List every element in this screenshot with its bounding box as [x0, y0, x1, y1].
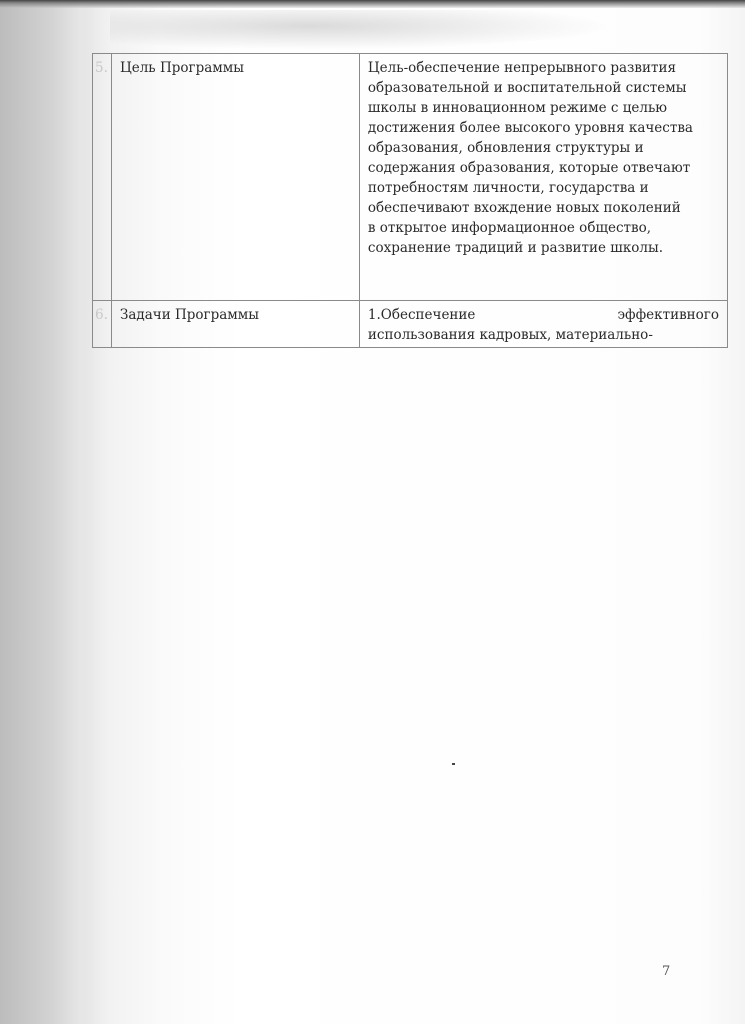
row-value-tasks: 1.Обеспечение эффективного использования… — [359, 301, 727, 348]
row-label-goal: Цель Программы — [111, 54, 359, 301]
tasks-line-1-left: 1.Обеспечение — [368, 305, 476, 325]
goal-line: Цель-обеспечение непрерывного развития — [368, 58, 719, 78]
tasks-line-1: 1.Обеспечение эффективного — [368, 305, 719, 325]
goal-line: образования, обновления структуры и — [368, 138, 719, 158]
row-number: 5. — [93, 54, 112, 301]
scan-edge-top — [0, 0, 745, 8]
goal-line: в открытое информационное общество, — [368, 218, 719, 238]
goal-line: сохранение традиций и развитие школы. — [368, 238, 719, 258]
row-label-tasks: Задачи Программы — [111, 301, 359, 348]
tasks-line-2: использования кадровых, материально- — [368, 325, 719, 345]
table-row-goal: 5. Цель Программы Цель-обеспечение непре… — [93, 54, 728, 301]
scan-shadow-left — [0, 0, 95, 1024]
tasks-line-1-right: эффективного — [617, 305, 719, 325]
goal-line: школы в инновационном режиме с целью — [368, 98, 719, 118]
scan-speck — [452, 763, 455, 765]
row-value-goal: Цель-обеспечение непрерывного развития о… — [359, 54, 727, 301]
page-number: 7 — [662, 964, 670, 979]
row-number: 6. — [93, 301, 112, 348]
goal-line: содержания образования, которые отвечают — [368, 158, 719, 178]
goal-line: потребностям личности, государства и — [368, 178, 719, 198]
table-row-tasks: 6. Задачи Программы 1.Обеспечение эффект… — [93, 301, 728, 348]
goal-line: образовательной и воспитательной системы — [368, 78, 719, 98]
program-passport-table: 5. Цель Программы Цель-обеспечение непре… — [92, 53, 728, 348]
goal-line: достижения более высокого уровня качеств… — [368, 118, 719, 138]
scan-smudge — [110, 10, 610, 50]
goal-line: обеспечивают вхождение новых поколений — [368, 198, 719, 218]
